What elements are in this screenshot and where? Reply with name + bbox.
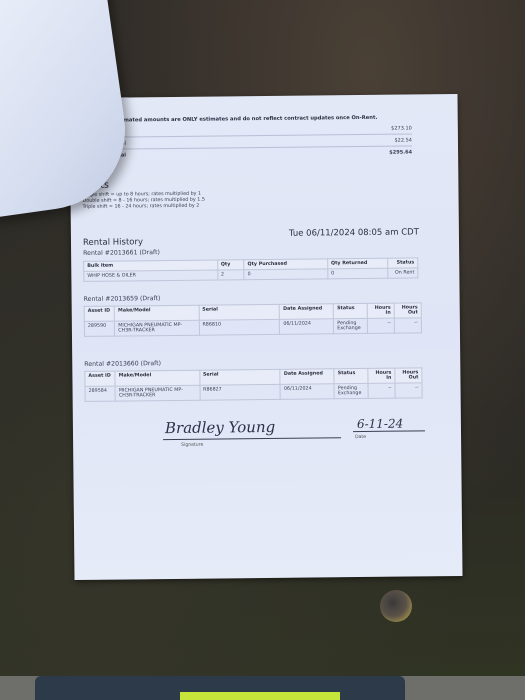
handwritten-date: 6-11-24 [357,417,403,431]
estimated-total-row: Estimated Total $295.64 [82,146,412,160]
estimated-total-value: $295.64 [389,149,412,155]
date-line [353,430,425,432]
totals-section: Subtotal $273.10 Sales Tax (8.25%) $22.5… [82,122,412,160]
assets-table-2013659: Asset ID Make/Model Serial Date Assigned… [84,302,422,337]
cell-asset-id: 289584 [85,386,115,401]
col-qty-returned: Qty Returned [327,258,387,269]
cell-serial: R86810 [199,319,280,335]
vest-reflective-stripe [180,692,340,700]
assets-table-2013660: Asset ID Make/Model Serial Date Assigned… [84,367,422,402]
cell-hours-out: -- [395,383,422,398]
cell-bulk-item: WHIP HOSE & OILER [84,270,218,281]
rental-label-2013659: Rental #2013659 (Draft) [84,295,161,303]
cell-hours-out: -- [394,318,421,333]
print-timestamp: Tue 06/11/2024 08:05 am CDT [289,227,419,238]
date-label: Date [355,435,366,440]
sales-tax-value: $22.54 [394,137,412,143]
col-serial: Serial [199,304,280,320]
cell-hours-in: -- [368,383,395,398]
shift-rule-triple: Triple shift = 16 - 24 hours; rates mult… [83,204,205,211]
cell-status: Pending Exchange [334,383,368,398]
cell-hours-in: -- [367,318,394,333]
signature-line [163,437,341,440]
col-hours-out: Hours Out [395,368,422,383]
cell-make-model: MICHIGAN PNEUMATIC MP-CH3R-TRACKER [115,385,199,401]
col-make-model: Make/Model [115,370,199,386]
cell-status: Pending Exchange [334,318,368,333]
cell-qty-returned: 0 [328,268,388,279]
cell-qty: 2 [217,270,244,280]
col-asset-id: Asset ID [85,371,115,386]
col-status: Status [334,303,368,318]
cell-date-assigned: 06/11/2024 [280,384,334,400]
bolt-hole [380,590,412,622]
table-row: 289584 MICHIGAN PNEUMATIC MP-CH3R-TRACKE… [85,383,422,402]
col-date-assigned: Date Assigned [280,304,334,320]
shifts-rules: Single shift = up to 8 hours; rates mult… [82,192,205,211]
cell-qty-purchased: 0 [244,269,328,280]
cell-make-model: MICHIGAN PNEUMATIC MP-CH3R-TRACKER [115,320,199,336]
col-asset-id: Asset ID [84,306,114,321]
cell-date-assigned: 06/11/2024 [280,319,334,335]
signature-label: Signature [181,443,203,448]
col-hours-in: Hours In [367,303,394,318]
col-status: Status [388,258,418,268]
rental-document: Any estimated amounts are ONLY estimates… [69,94,462,580]
col-status: Status [334,368,368,383]
col-serial: Serial [199,369,280,385]
col-date-assigned: Date Assigned [280,369,334,385]
cell-asset-id: 289590 [84,321,114,336]
rental-label-2013660: Rental #2013660 (Draft) [84,360,161,368]
cell-serial: R86827 [200,384,281,400]
handwritten-signature: Bradley Young [165,418,275,437]
col-hours-out: Hours Out [394,303,421,318]
col-make-model: Make/Model [114,305,198,321]
table-row: WHIP HOSE & OILER 2 0 0 On Rent [84,268,418,281]
table-row: 289590 MICHIGAN PNEUMATIC MP-CH3R-TRACKE… [84,318,421,337]
cell-status: On Rent [388,268,418,278]
rental-label-2013661: Rental #2013661 (Draft) [83,249,160,257]
subtotal-value: $273.10 [391,125,412,131]
col-qty: Qty [217,260,244,270]
col-hours-in: Hours In [368,368,395,383]
rental-history-heading: Rental History [83,237,143,248]
bulk-items-table: Bulk Item Qty Qty Purchased Qty Returned… [83,257,418,282]
